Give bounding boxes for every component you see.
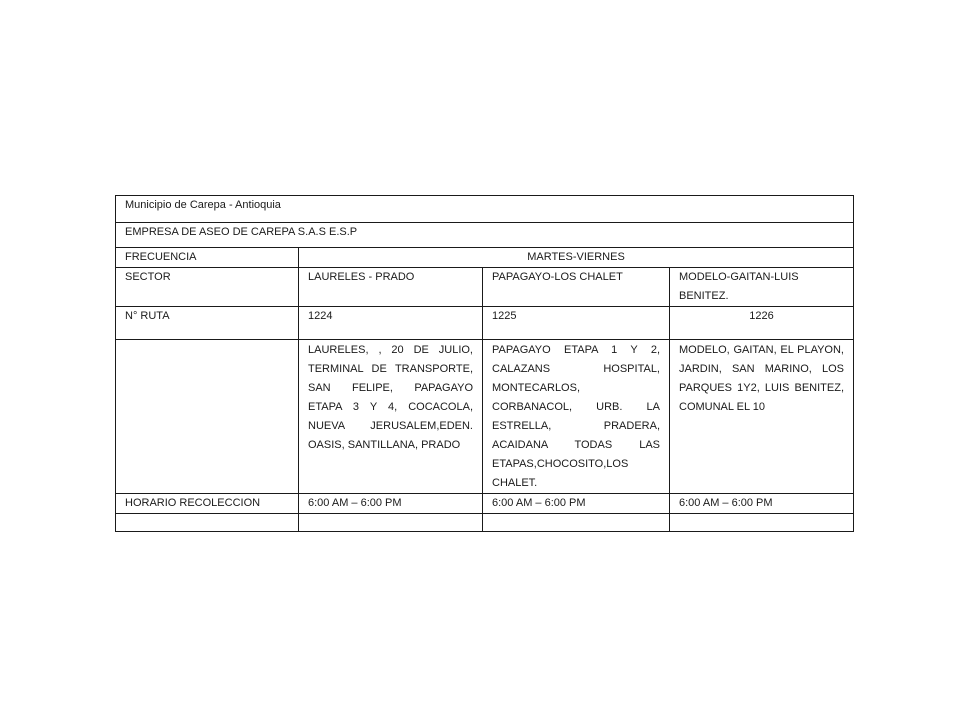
table-row-empty (116, 514, 854, 532)
horario-label: HORARIO RECOLECCION (116, 494, 299, 514)
horario-value-3: 6:00 AM – 6:00 PM (670, 494, 854, 514)
ruta-label: N° RUTA (116, 307, 299, 340)
sector-value-1: LAURELES - PRADO (299, 268, 483, 307)
table-row-ruta: N° RUTA 1224 1225 1226 (116, 307, 854, 340)
barrios-value-2: PAPAGAYO ETAPA 1 Y 2, CALAZANS HOSPITAL,… (483, 340, 670, 494)
horario-value-1: 6:00 AM – 6:00 PM (299, 494, 483, 514)
sector-value-2: PAPAGAYO-LOS CHALET (483, 268, 670, 307)
frecuencia-value: MARTES-VIERNES (299, 248, 854, 268)
empty-cell (116, 514, 299, 532)
empty-cell (299, 514, 483, 532)
ruta-value-3: 1226 (670, 307, 854, 340)
title-row: Municipio de Carepa - Antioquia (116, 196, 854, 223)
collection-schedule-table: Municipio de Carepa - Antioquia EMPRESA … (115, 195, 854, 532)
barrios-label (116, 340, 299, 494)
sector-value-3: MODELO-GAITAN-LUIS BENITEZ. (670, 268, 854, 307)
frecuencia-label: FRECUENCIA (116, 248, 299, 268)
ruta-value-2: 1225 (483, 307, 670, 340)
sector-label: SECTOR (116, 268, 299, 307)
company-name: EMPRESA DE ASEO DE CAREPA S.A.S E.S.P (116, 223, 854, 248)
empty-cell (670, 514, 854, 532)
empty-cell (483, 514, 670, 532)
ruta-value-1: 1224 (299, 307, 483, 340)
subtitle-row: EMPRESA DE ASEO DE CAREPA S.A.S E.S.P (116, 223, 854, 248)
table-row-sector: SECTOR LAURELES - PRADO PAPAGAYO-LOS CHA… (116, 268, 854, 307)
table-row-barrios: LAURELES, , 20 DE JULIO, TERMINAL DE TRA… (116, 340, 854, 494)
table-row-frecuencia: FRECUENCIA MARTES-VIERNES (116, 248, 854, 268)
document-title: Municipio de Carepa - Antioquia (116, 196, 854, 223)
table-row-horario: HORARIO RECOLECCION 6:00 AM – 6:00 PM 6:… (116, 494, 854, 514)
barrios-value-3: MODELO, GAITAN, EL PLAYON, JARDIN, SAN M… (670, 340, 854, 494)
barrios-value-1: LAURELES, , 20 DE JULIO, TERMINAL DE TRA… (299, 340, 483, 494)
horario-value-2: 6:00 AM – 6:00 PM (483, 494, 670, 514)
